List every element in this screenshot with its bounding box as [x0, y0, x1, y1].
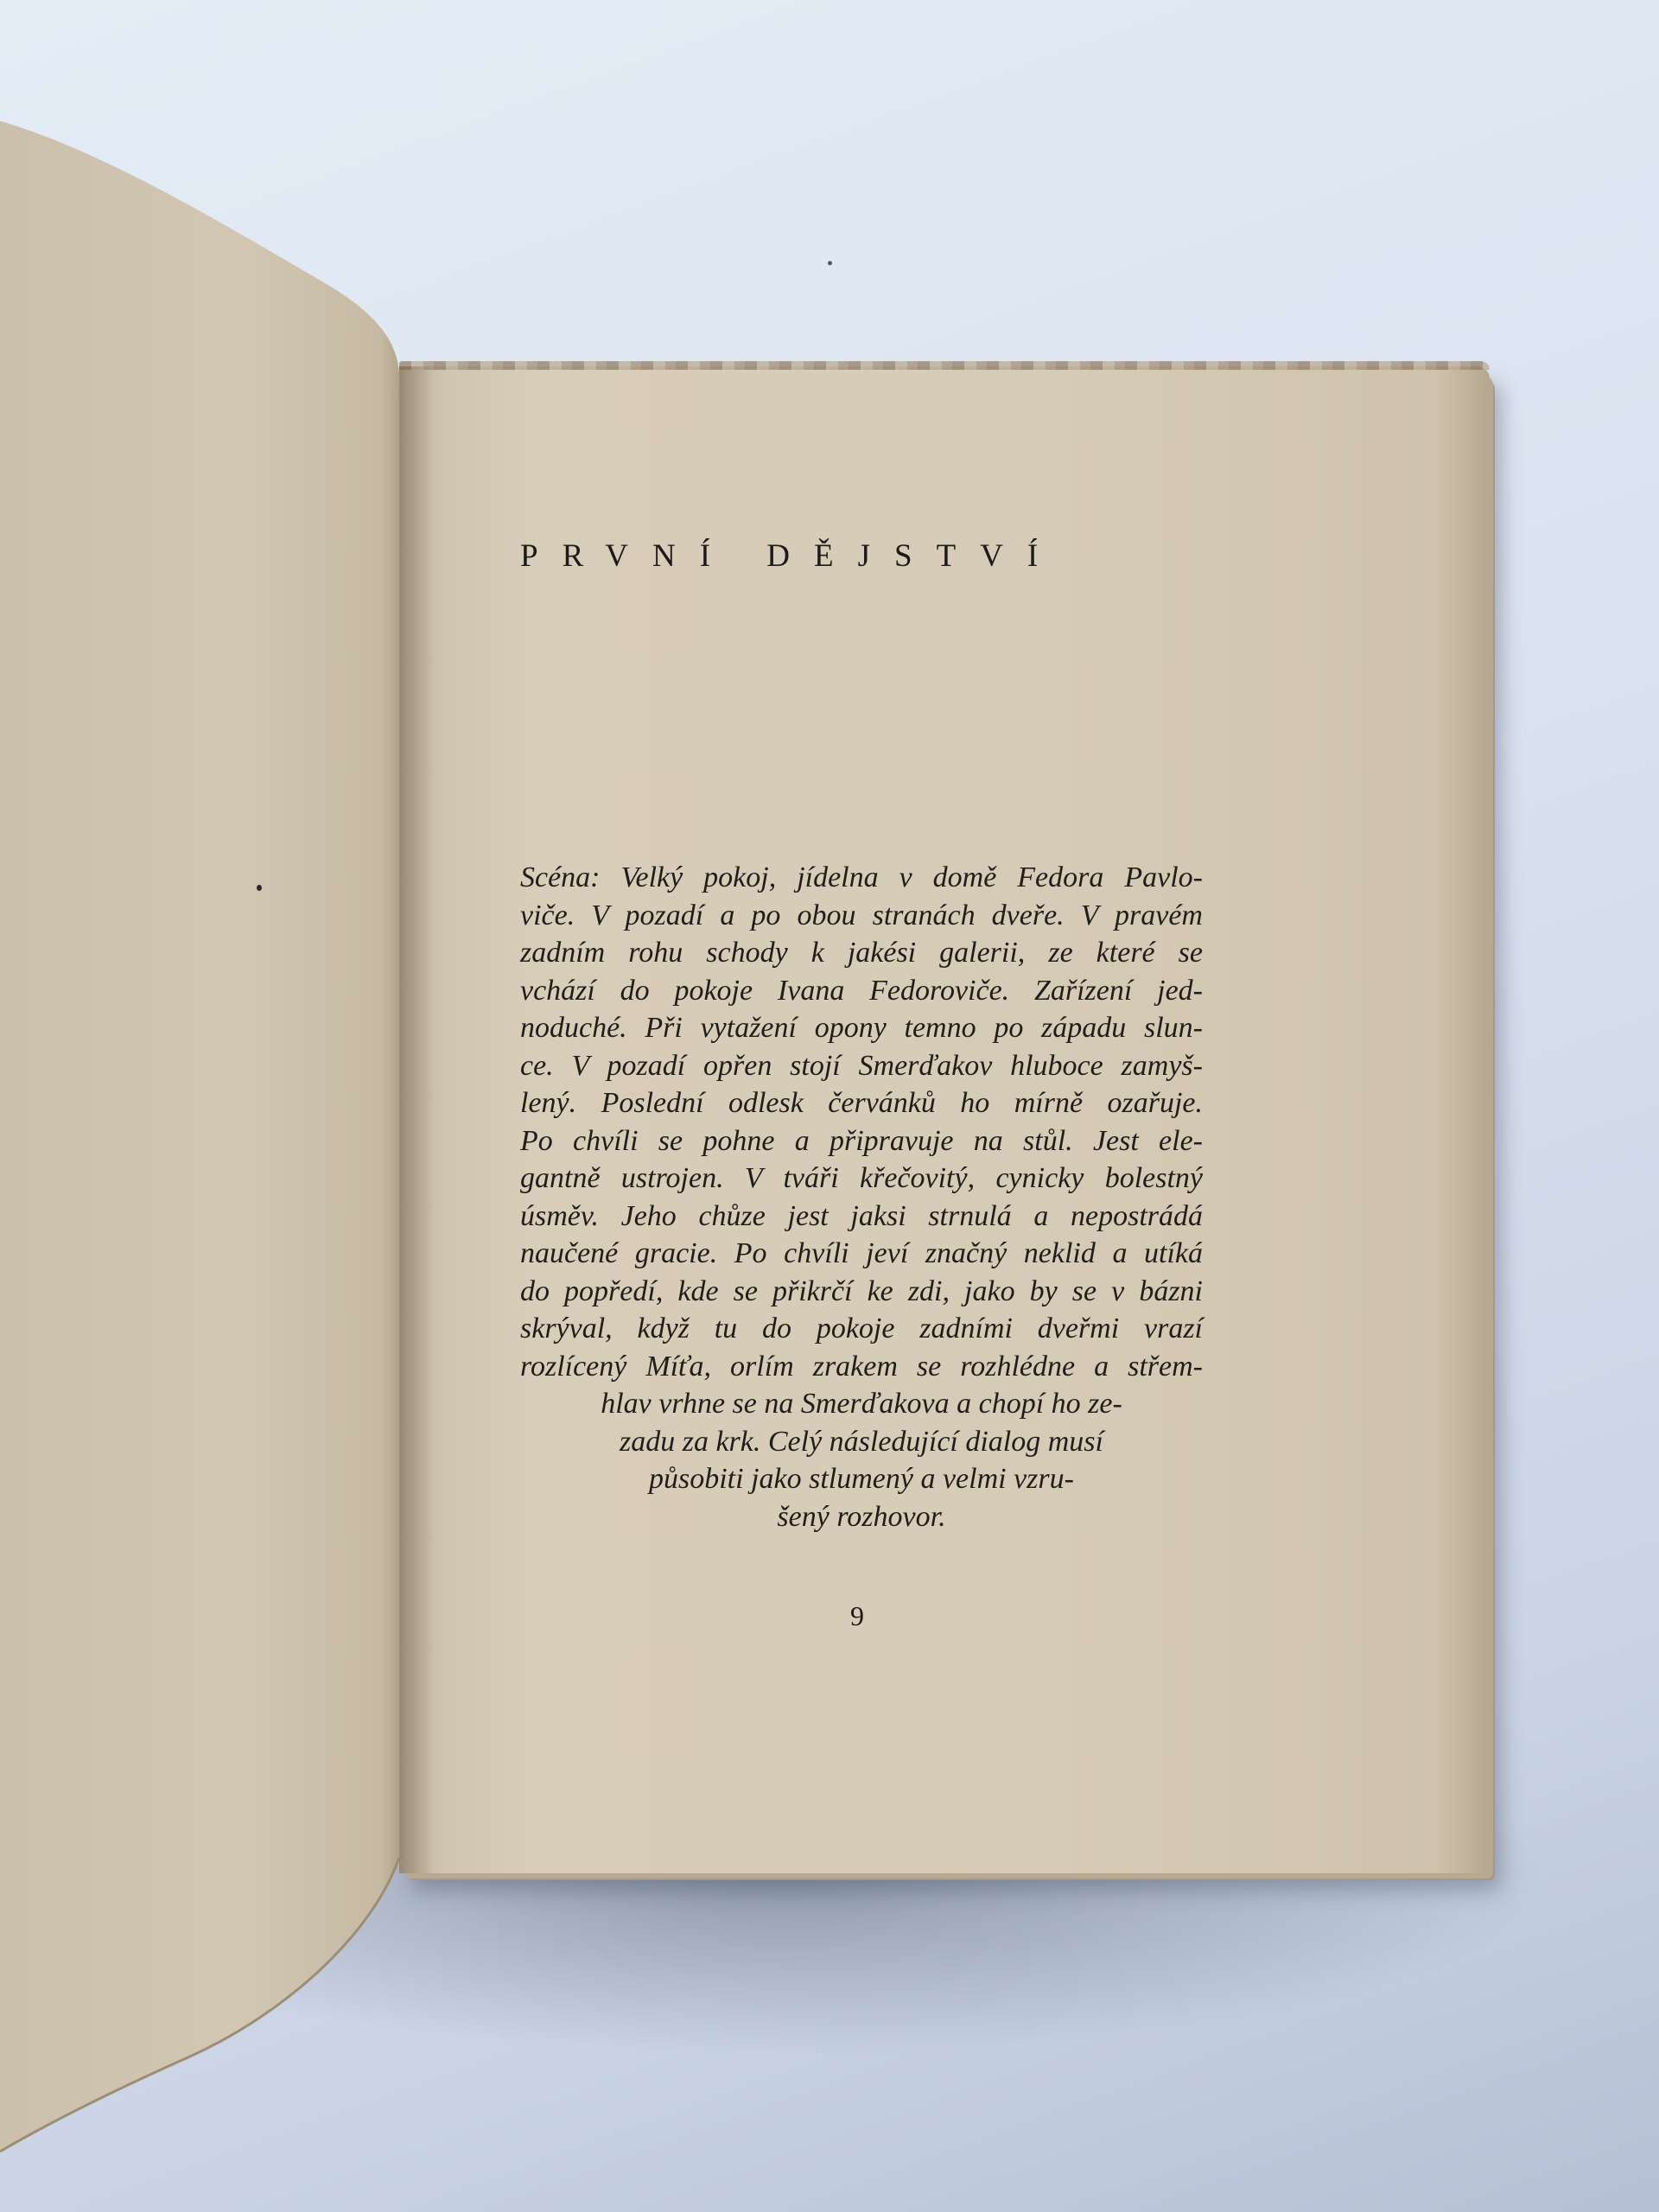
spine-gutter: [399, 366, 434, 1873]
paper-speck: [257, 885, 262, 891]
text-line: zadním rohu schody k jakési galerii, ze …: [520, 934, 1203, 972]
dust-speck: [828, 261, 832, 265]
stage-direction: Scéna: Velký pokoj, jídelna v domě Fedor…: [520, 859, 1203, 1535]
text-line: rozlícený Míťa, orlím zrakem se rozhlédn…: [520, 1348, 1203, 1386]
text-line: lený. Poslední odlesk červánků ho mírně …: [520, 1084, 1203, 1122]
page-number: 9: [850, 1600, 864, 1632]
text-line: noduché. Při vytažení opony temno po záp…: [520, 1009, 1203, 1047]
text-line: šený rozhovor.: [520, 1498, 1203, 1536]
text-line: Scéna: Velký pokoj, jídelna v domě Fedor…: [520, 859, 1203, 897]
right-page: PRVNÍ DĚJSTVÍ Scéna: Velký pokoj, jídeln…: [399, 366, 1490, 1873]
photo-scene: PRVNÍ DĚJSTVÍ Scéna: Velký pokoj, jídeln…: [0, 0, 1659, 2212]
text-line: ce. V pozadí opřen stojí Smerďakov hlubo…: [520, 1047, 1203, 1085]
text-line: viče. V pozadí a po obou stranách dveře.…: [520, 897, 1203, 935]
text-line: působiti jako stlumený a velmi vzru-: [520, 1460, 1203, 1498]
text-line: Po chvíli se pohne a připravuje na stůl.…: [520, 1122, 1203, 1160]
text-line: do popředí, kde se přikrčí ke zdi, jako …: [520, 1273, 1203, 1311]
text-line: naučené gracie. Po chvíli jeví značný ne…: [520, 1235, 1203, 1273]
text-line: zadu za krk. Celý následující dialog mus…: [520, 1423, 1203, 1461]
text-line: vchází do pokoje Ivana Fedoroviče. Zaříz…: [520, 972, 1203, 1010]
text-line: gantně ustrojen. V tváři křečovitý, cyni…: [520, 1160, 1203, 1198]
text-line: úsměv. Jeho chůze jest jaksi strnulá a n…: [520, 1198, 1203, 1236]
act-heading: PRVNÍ DĚJSTVÍ: [520, 537, 1263, 575]
text-line: skrýval, když tu do pokoje zadními dveřm…: [520, 1310, 1203, 1348]
text-line: hlav vrhne se na Smerďakova a chopí ho z…: [520, 1385, 1203, 1423]
